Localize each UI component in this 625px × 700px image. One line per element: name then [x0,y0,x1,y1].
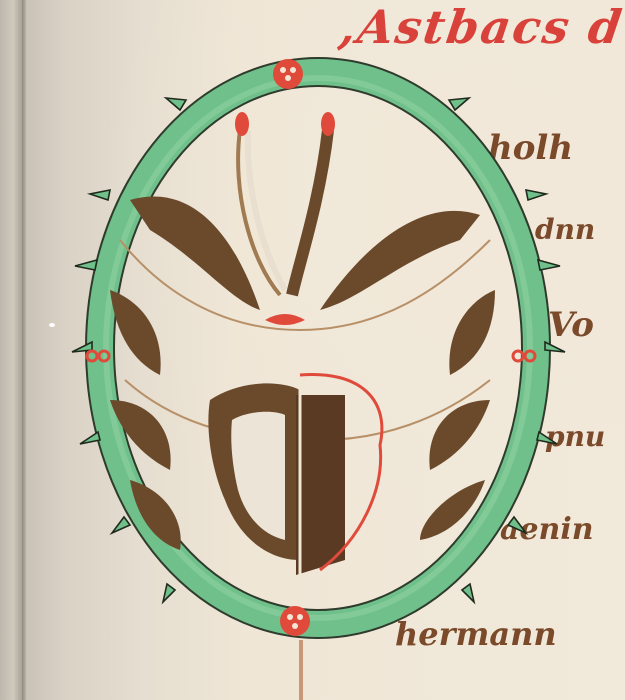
rose-top [273,59,303,89]
coat-of-arms-illustration [0,0,625,700]
rose-bottom [280,606,310,700]
shield [208,374,382,578]
crest-horns [235,112,335,295]
